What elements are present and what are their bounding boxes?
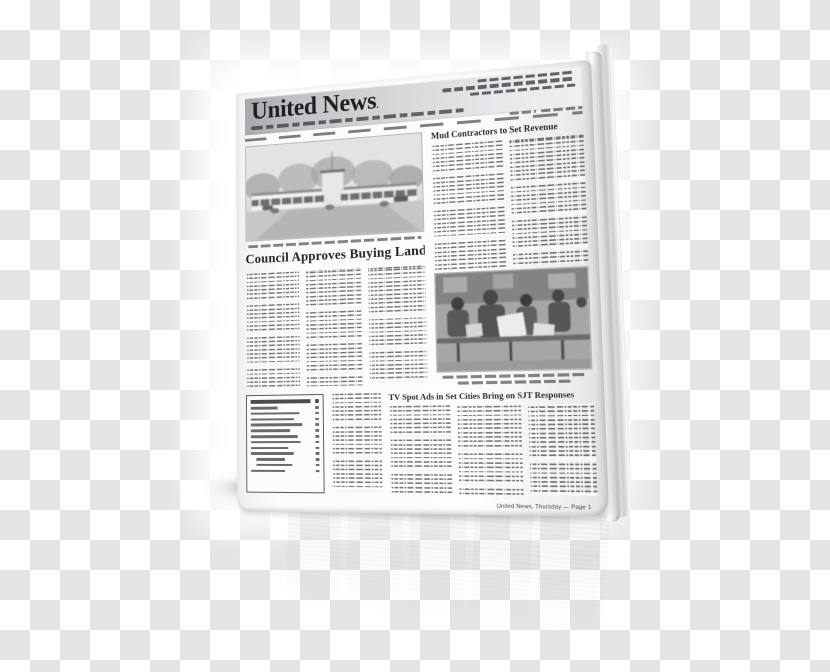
front-page: United News. [236, 60, 609, 517]
text-line [251, 418, 319, 421]
text-line [251, 429, 320, 432]
text-line [251, 452, 320, 455]
text-line [458, 379, 570, 384]
masthead-title-mark: . [376, 100, 378, 111]
text-line [251, 406, 319, 409]
revenue-story-block: Mud Contractors to Set Revenue [431, 119, 593, 385]
lead-story-block: Council Approves Buying Land [245, 132, 428, 388]
building-photo [245, 132, 424, 242]
greeked-column [331, 393, 383, 494]
greeked-column [246, 271, 301, 387]
meeting-caption-greeked [443, 373, 587, 385]
text-line [251, 469, 320, 472]
newspaper: United News. [236, 60, 609, 517]
tv-story-block: TV Spot Ads in Set Cities Bring on SJT R… [389, 390, 598, 496]
lead-body-columns [246, 265, 428, 387]
lead-headline: Council Approves Buying Land [246, 245, 425, 268]
revenue-body-columns [431, 134, 588, 270]
text-line [251, 441, 320, 444]
tv-headline: TV Spot Ads in Set Cities Bring on SJT R… [389, 390, 594, 403]
tv-body-columns [389, 404, 598, 496]
masthead-edition-info-greeked [442, 71, 575, 99]
text-line [256, 458, 319, 461]
bottom-band: TV Spot Ads in Set Cities Bring on SJT R… [246, 390, 597, 496]
text-line [256, 464, 319, 467]
page-columns: Council Approves Buying Land Mud Contrac… [245, 119, 593, 388]
meeting-photo [434, 266, 592, 373]
greeked-column [389, 406, 453, 495]
greeked-column [306, 268, 363, 386]
text-line [251, 447, 320, 450]
text-line [251, 423, 319, 426]
index-box [246, 394, 325, 493]
text-line [443, 373, 587, 379]
text-line [251, 412, 319, 415]
greeked-column [509, 134, 588, 266]
transparent-canvas: { "scene": { "type": "newspaper-3d-mocku… [0, 0, 830, 672]
text-line [251, 435, 320, 438]
greeked-column [368, 265, 428, 385]
greeked-column [457, 405, 523, 496]
greeked-column [528, 404, 597, 496]
text-line [251, 399, 319, 404]
greeked-column [431, 140, 506, 270]
page-folio: United News, Thursday — Page 1 [497, 504, 592, 512]
